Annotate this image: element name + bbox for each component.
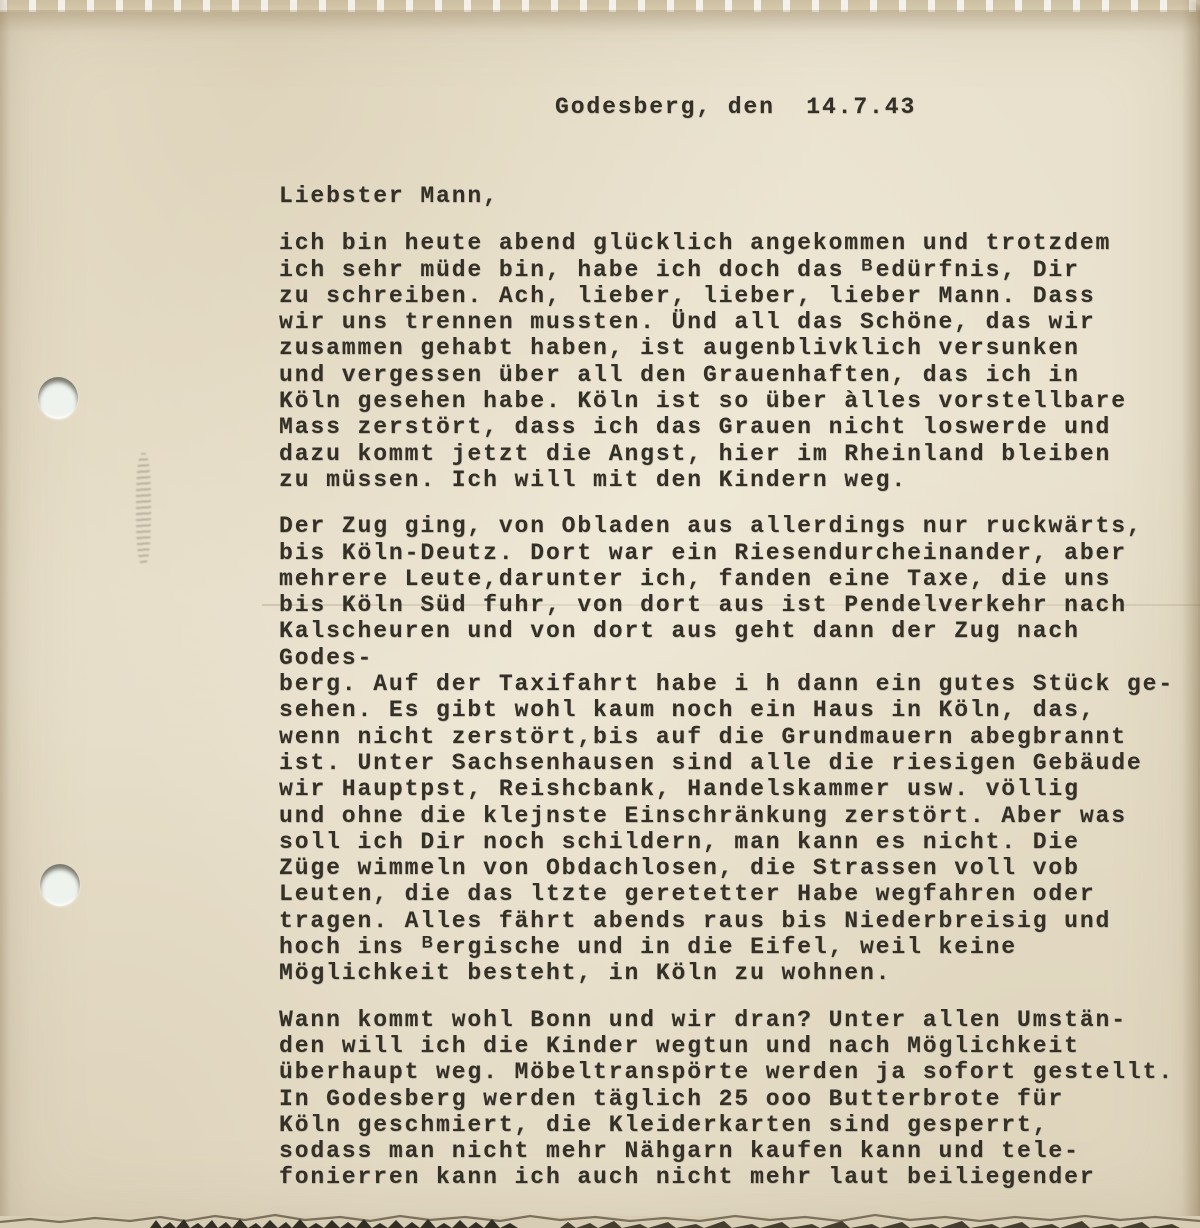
punch-hole-top [38, 377, 78, 419]
letter-page: Godesberg, den 14.7.43 Liebster Mann, ic… [0, 0, 1200, 1228]
date-line: Godesberg, den 14.7.43 [555, 94, 916, 120]
punch-hole-bottom [40, 864, 80, 906]
left-edge-shading [0, 0, 10, 1228]
paragraph-1: ich bin heute abend glücklich angekommen… [279, 230, 1184, 493]
pencil-smudge [136, 453, 151, 565]
letter-body: Liebster Mann, ich bin heute abend glück… [279, 183, 1184, 1211]
right-edge-shading [1182, 0, 1200, 1228]
top-edge-shadow [0, 10, 1200, 32]
paragraph-2: Der Zug ging, von Obladen aus allerdings… [279, 513, 1184, 986]
paragraph-3: Wann kommt wohl Bonn und wir dran? Unter… [279, 1007, 1184, 1191]
torn-bottom-edge [0, 1198, 1200, 1228]
salutation: Liebster Mann, [279, 183, 1184, 209]
